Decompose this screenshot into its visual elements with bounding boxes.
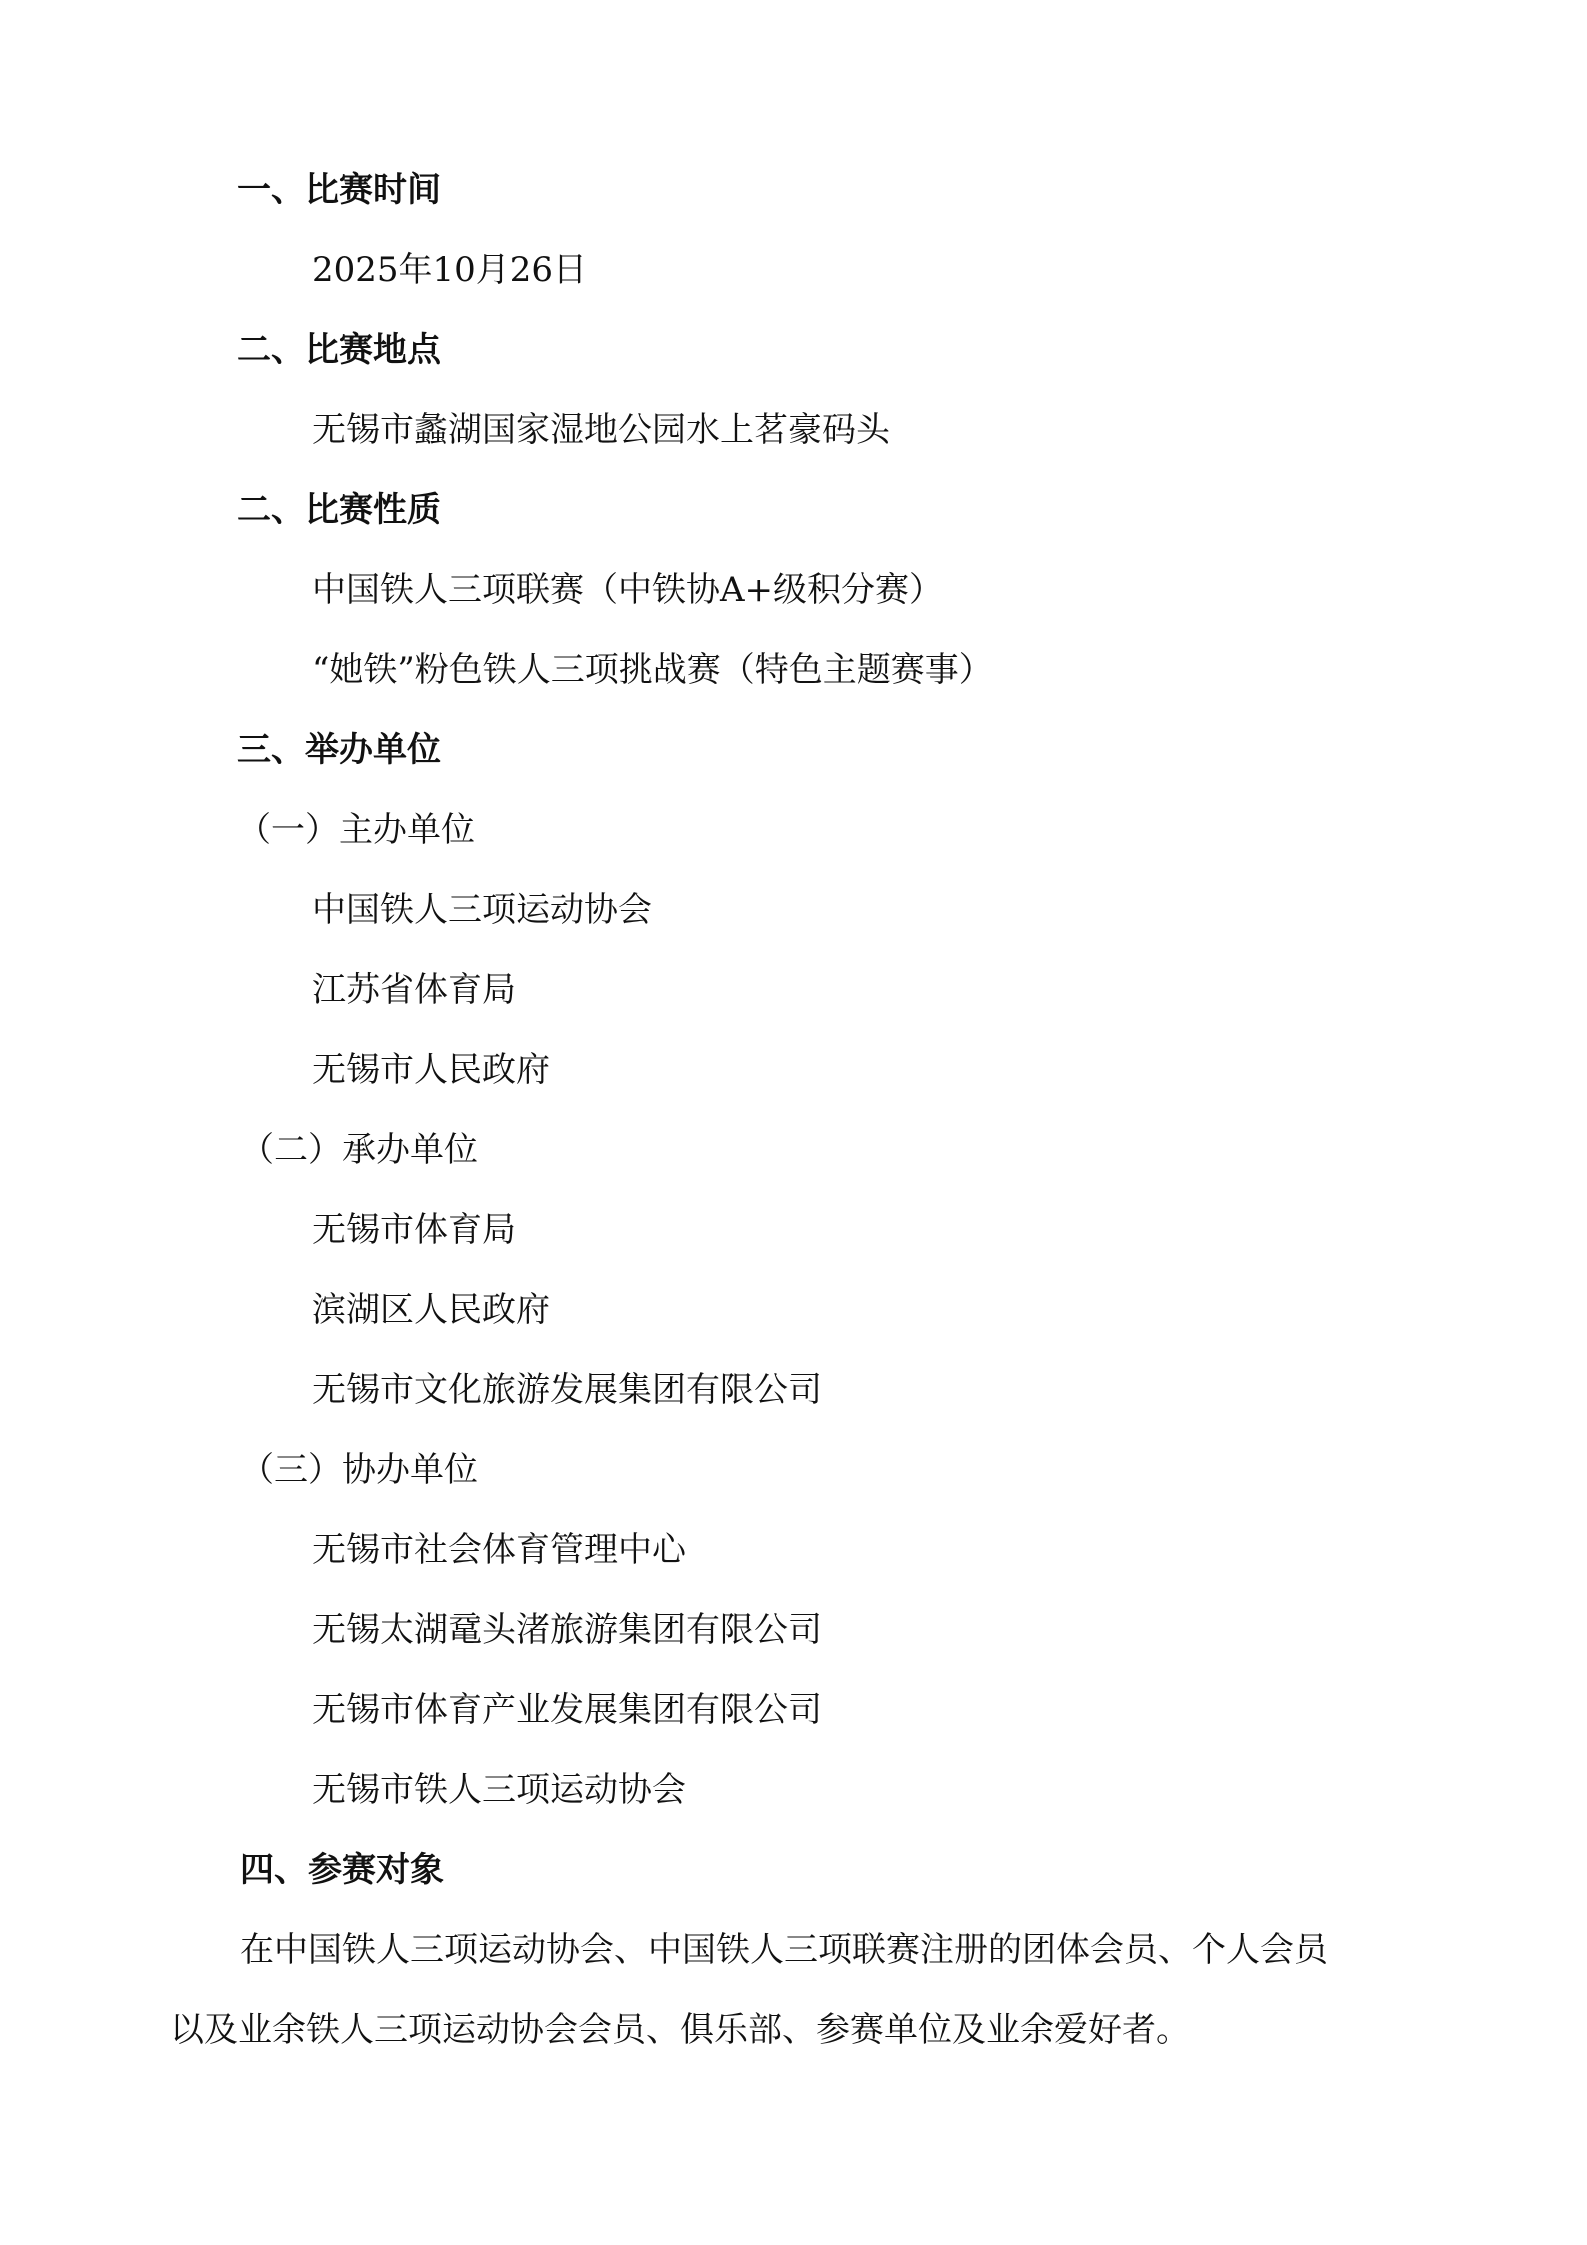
heading-organizers: 三、举办单位 [237, 728, 441, 772]
undertaker-item: 无锡市体育局 [312, 1208, 516, 1252]
location-value: 无锡市蠡湖国家湿地公园水上茗豪码头 [312, 408, 890, 452]
heading-time: 一、比赛时间 [237, 168, 441, 212]
host-item: 无锡市人民政府 [312, 1048, 550, 1092]
subheading-undertaker: （二）承办单位 [240, 1128, 478, 1172]
heading-nature: 二、比赛性质 [237, 488, 441, 532]
undertaker-item: 滨湖区人民政府 [312, 1288, 550, 1332]
co-organizer-item: 无锡市体育产业发展集团有限公司 [312, 1688, 822, 1732]
time-value: 2025年10月26日 [312, 248, 587, 292]
heading-participants: 四、参赛对象 [240, 1848, 444, 1892]
undertaker-item: 无锡市文化旅游发展集团有限公司 [312, 1368, 822, 1412]
co-organizer-item: 无锡市铁人三项运动协会 [312, 1768, 686, 1812]
host-item: 江苏省体育局 [312, 968, 516, 1012]
co-organizer-item: 无锡太湖鼋头渚旅游集团有限公司 [312, 1608, 822, 1652]
heading-location: 二、比赛地点 [237, 328, 441, 372]
subheading-host: （一）主办单位 [237, 808, 475, 852]
subheading-co-organizer: （三）协办单位 [240, 1448, 478, 1492]
participants-line-1: 在中国铁人三项运动协会、中国铁人三项联赛注册的团体会员、个人会员 [240, 1928, 1328, 1972]
nature-item: 中国铁人三项联赛（中铁协A+级积分赛） [312, 568, 943, 612]
co-organizer-item: 无锡市社会体育管理中心 [312, 1528, 686, 1572]
participants-line-2: 以及业余铁人三项运动协会会员、俱乐部、参赛单位及业余爱好者。 [170, 2008, 1190, 2052]
host-item: 中国铁人三项运动协会 [312, 888, 652, 932]
nature-item: “她铁”粉色铁人三项挑战赛（特色主题赛事） [312, 648, 993, 692]
